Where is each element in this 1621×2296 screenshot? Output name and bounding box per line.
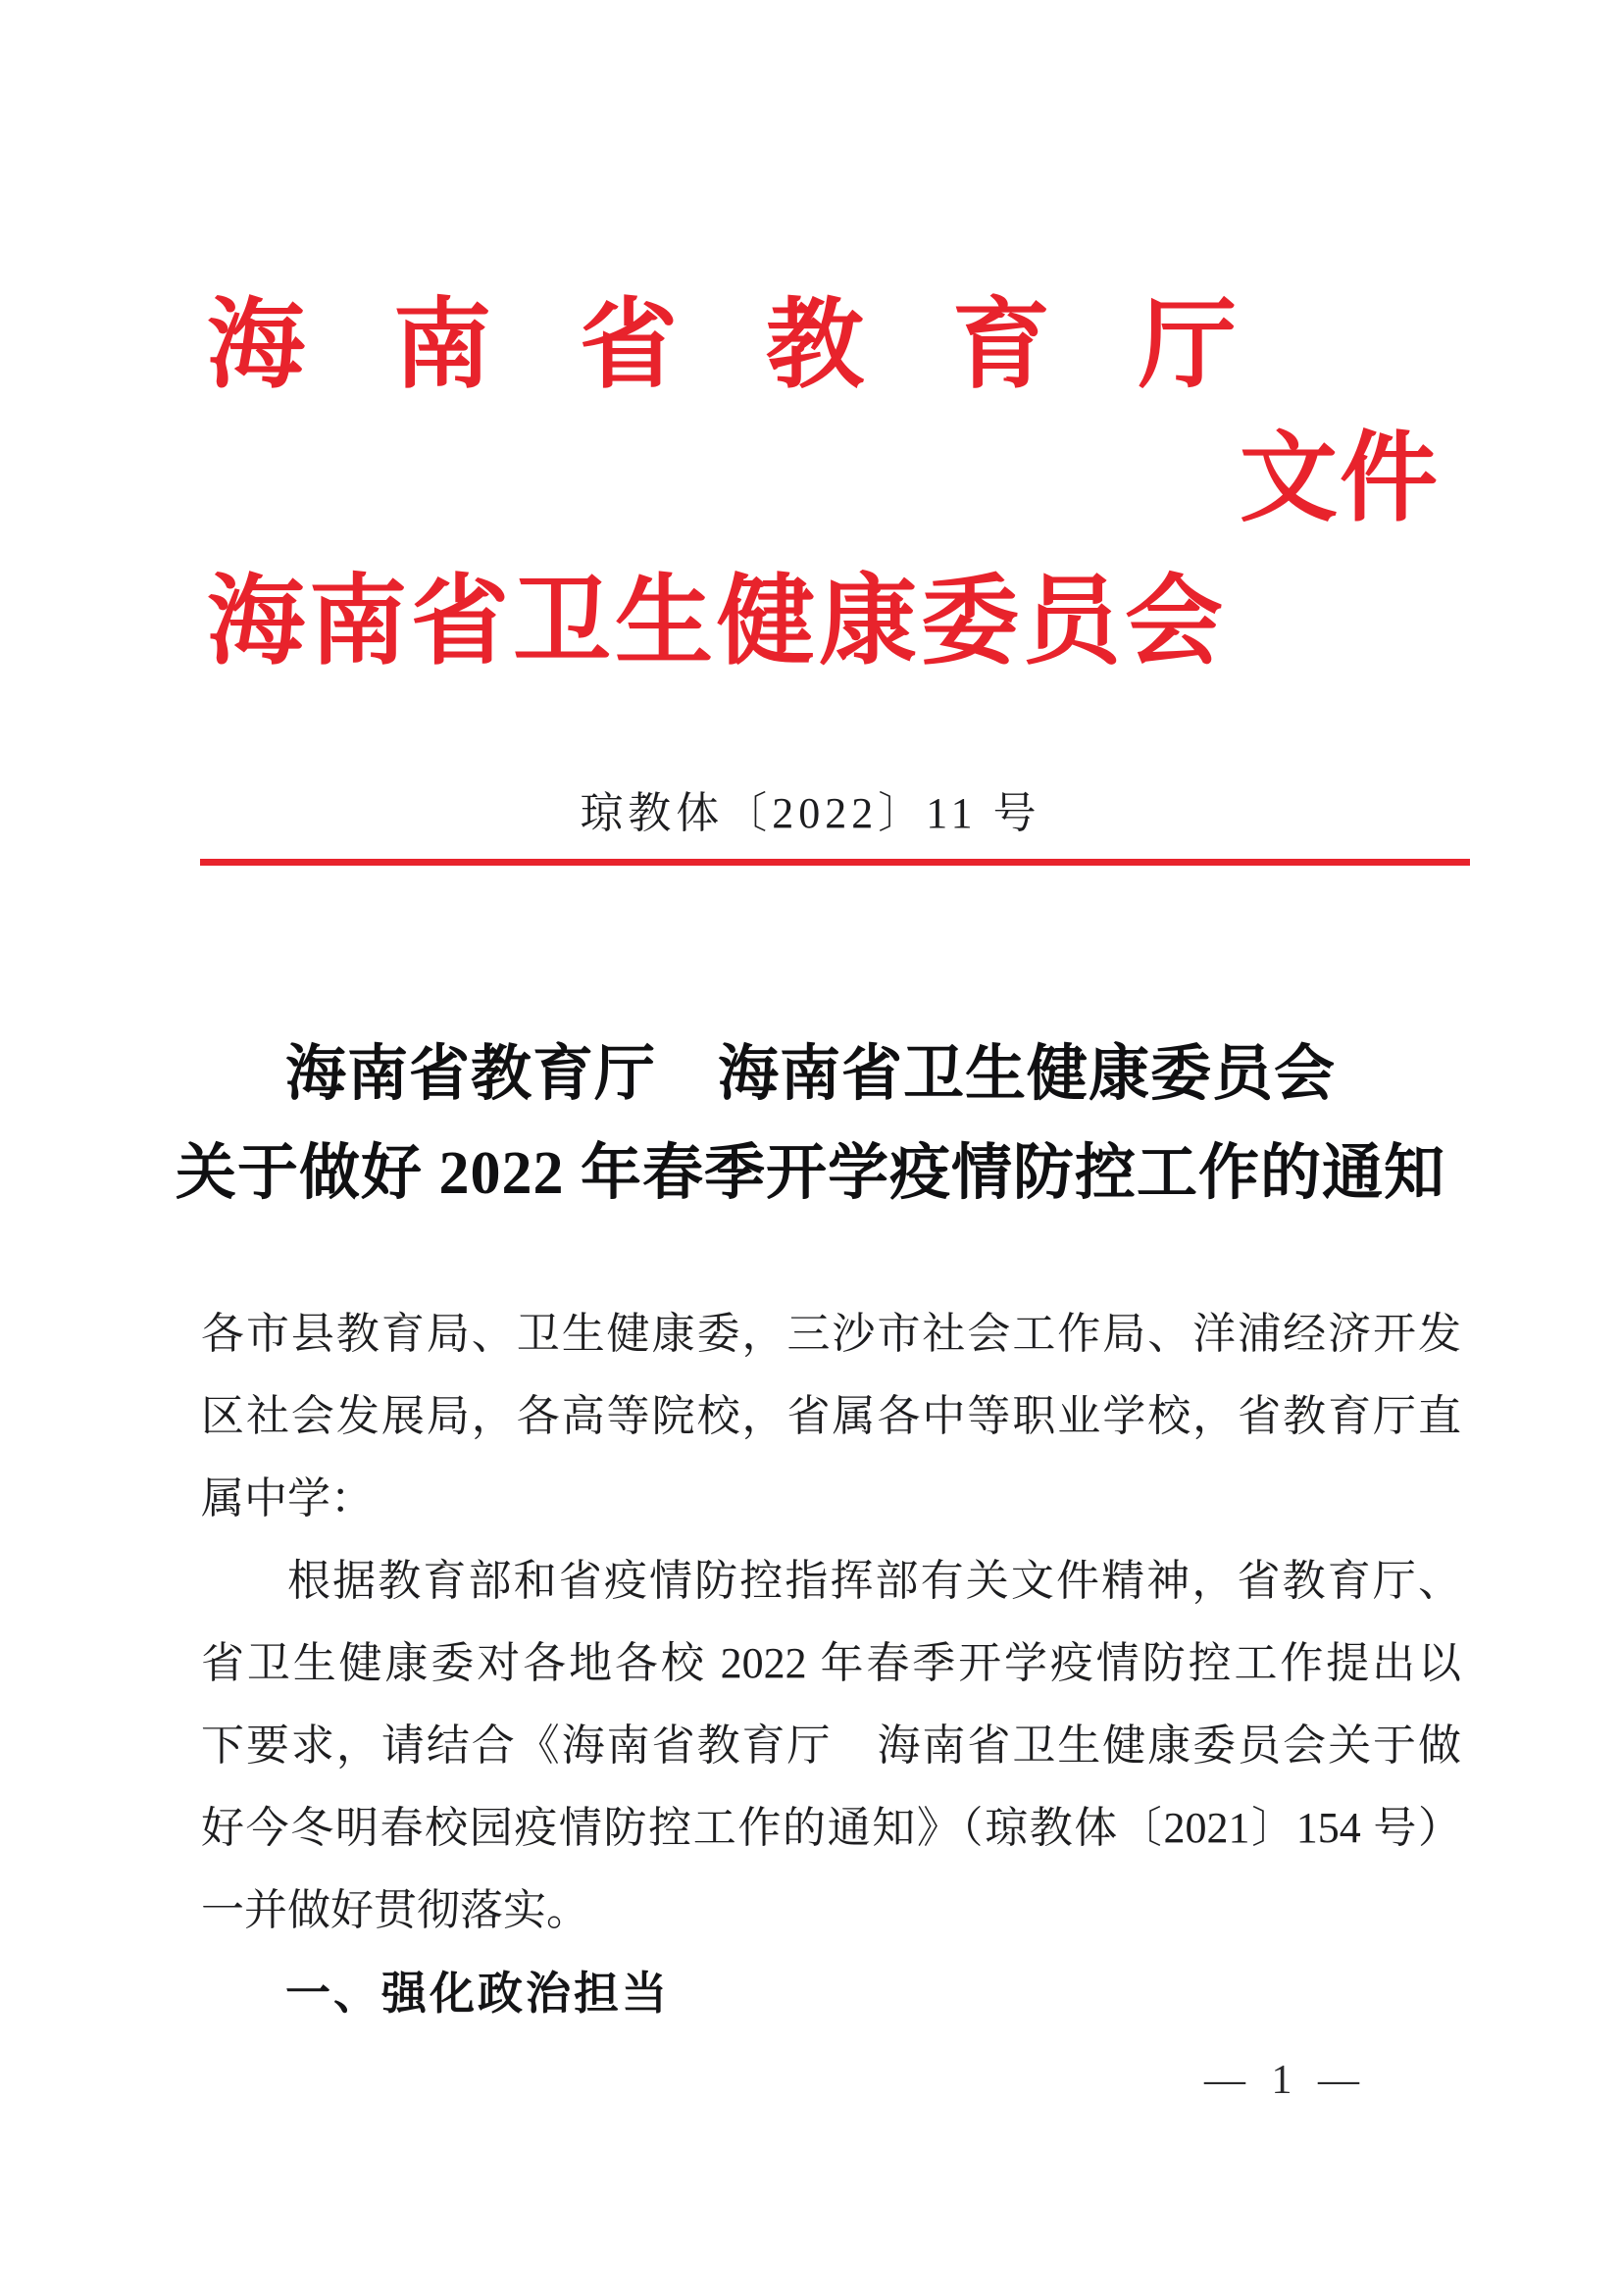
document-reference-number: 琼教体〔2022〕11 号 — [0, 786, 1621, 840]
recipients-line: 各市县教育局、卫生健康委，三沙市社会工作局、洋浦经济开发 — [201, 1293, 1461, 1375]
notice-title: 海南省教育厅 海南省卫生健康委员会 关于做好 2022 年春季开学疫情防控工作的… — [0, 1025, 1621, 1223]
red-divider-rule — [200, 859, 1470, 866]
official-notice-page: 海南省教育厅 文件 海南省卫生健康委员会 琼教体〔2022〕11 号 海南省教育… — [0, 0, 1621, 2296]
recipients-line: 区社会发展局，各高等院校，省属各中等职业学校，省教育厅直 — [201, 1375, 1461, 1458]
notice-body: 各市县教育局、卫生健康委，三沙市社会工作局、洋浦经济开发 区社会发展局，各高等院… — [201, 1293, 1461, 2034]
paragraph-line: 省卫生健康委对各地各校 2022 年春季开学疫情防控工作提出以 — [201, 1622, 1461, 1705]
page-number: — 1 — — [1204, 2057, 1367, 2104]
section-heading-1: 一、强化政治担当 — [201, 1952, 1461, 2034]
issuing-org-education-dept: 海南省教育厅 — [207, 294, 1325, 398]
recipients-line: 属中学： — [201, 1458, 1461, 1540]
letterhead-file-word: 文件 — [1240, 427, 1440, 531]
paragraph-line: 下要求，请结合《海南省教育厅 海南省卫生健康委员会关于做 — [201, 1705, 1461, 1787]
notice-title-line2: 关于做好 2022 年春季开学疫情防控工作的通知 — [0, 1124, 1621, 1223]
paragraph-line: 一并做好贯彻落实。 — [201, 1870, 1461, 1952]
paragraph-line: 根据教育部和省疫情防控指挥部有关文件精神，省教育厅、 — [201, 1540, 1461, 1622]
notice-title-line1: 海南省教育厅 海南省卫生健康委员会 — [0, 1025, 1621, 1124]
issuing-org-health-commission: 海南省卫生健康委员会 — [207, 571, 1227, 674]
paragraph-line: 好今冬明春校园疫情防控工作的通知》（琼教体〔2021〕154 号） — [201, 1787, 1461, 1870]
